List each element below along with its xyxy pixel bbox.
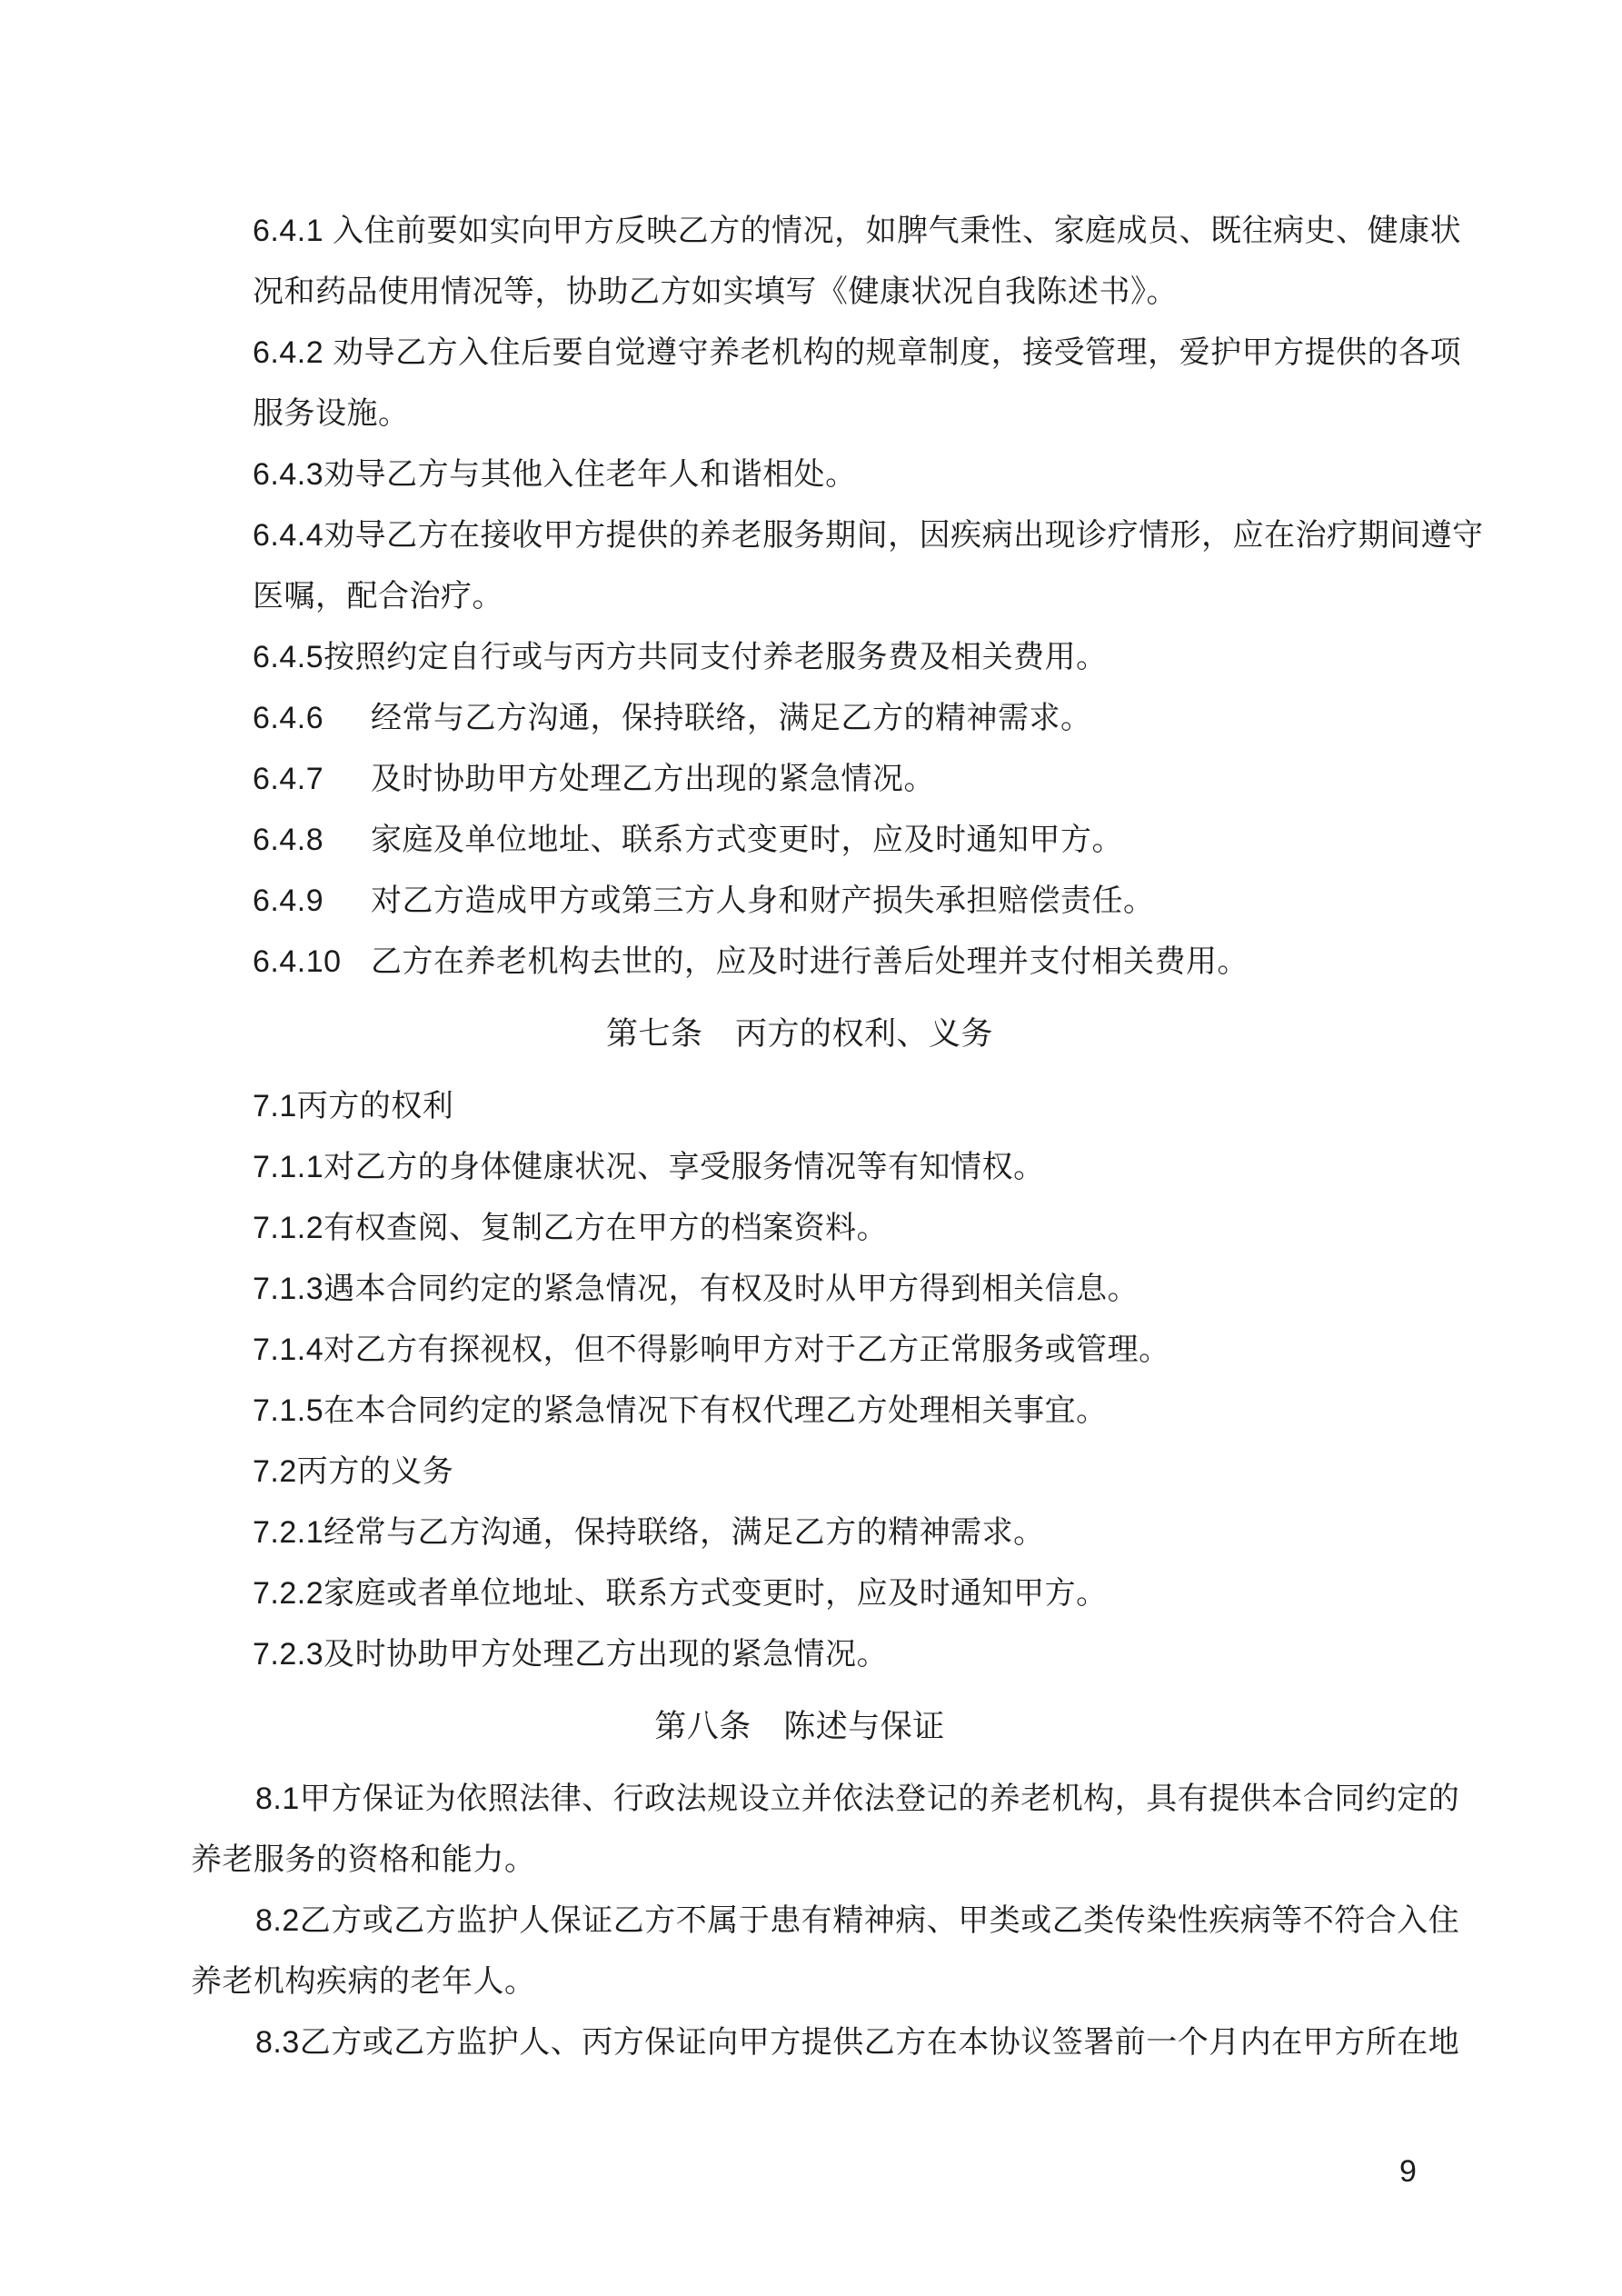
clause-6-4-10: 6.4.10乙方在养老机构去世的，应及时进行善后处理并支付相关费用。: [253, 932, 1408, 993]
section-8-representations: 8.1甲方保证为依照法律、行政法规设立并依法登记的养老机构，具有提供本合同约定的…: [191, 1769, 1408, 2073]
clause-6-4-2-line-1: 6.4.2 劝导乙方入住后要自觉遵守养老机构的规章制度，接受管理，爱护甲方提供的…: [253, 323, 1408, 384]
clause-6-4-1-line-2: 况和药品使用情况等，协助乙方如实填写《健康状况自我陈述书》。: [253, 262, 1408, 323]
clause-number: 6.4.7: [253, 749, 371, 810]
clause-6-4-3: 6.4.3劝导乙方与其他入住老年人和谐相处。: [253, 444, 1408, 505]
clause-number: 6.4.8: [253, 810, 371, 871]
clause-6-4-7: 6.4.7及时协助甲方处理乙方出现的紧急情况。: [253, 749, 1408, 810]
clause-text: 及时协助甲方处理乙方出现的紧急情况。: [371, 762, 935, 796]
contract-document-page: 6.4.1 入住前要如实向甲方反映乙方的情况，如脾气秉性、家庭成员、既往病史、健…: [0, 0, 1622, 2296]
clause-7-1-5: 7.1.5在本合同约定的紧急情况下有权代理乙方处理相关事宜。: [253, 1381, 1408, 1442]
clause-8-2-line-2: 养老机构疾病的老年人。: [191, 1952, 1408, 2012]
page-number: 9: [1399, 2153, 1417, 2190]
article-8-heading: 第八条 陈述与保证: [191, 1685, 1408, 1769]
clause-6-4-6: 6.4.6经常与乙方沟通，保持联络，满足乙方的精神需求。: [253, 688, 1408, 749]
article-7-heading: 第七条 丙方的权利、义务: [191, 993, 1408, 1076]
clause-8-1-line-2: 养老服务的资格和能力。: [191, 1830, 1408, 1891]
section-6-4-obligations: 6.4.1 入住前要如实向甲方反映乙方的情况，如脾气秉性、家庭成员、既往病史、健…: [253, 201, 1408, 993]
clause-7-1-4: 7.1.4对乙方有探视权，但不得影响甲方对于乙方正常服务或管理。: [253, 1320, 1408, 1381]
clause-6-4-2-line-2: 服务设施。: [253, 384, 1408, 444]
clause-7-1-3: 7.1.3遇本合同约定的紧急情况，有权及时从甲方得到相关信息。: [253, 1259, 1408, 1320]
clause-7-1-2: 7.1.2有权查阅、复制乙方在甲方的档案资料。: [253, 1198, 1408, 1259]
clause-7-1: 7.1丙方的权利: [253, 1076, 1408, 1137]
clause-6-4-4-line-2: 医嘱，配合治疗。: [253, 566, 1408, 627]
clause-text: 家庭及单位地址、联系方式变更时，应及时通知甲方。: [371, 823, 1123, 857]
clause-7-2-1: 7.2.1经常与乙方沟通，保持联络，满足乙方的精神需求。: [253, 1502, 1408, 1563]
clause-text: 乙方在养老机构去世的，应及时进行善后处理并支付相关费用。: [371, 944, 1249, 979]
clause-6-4-9: 6.4.9对乙方造成甲方或第三方人身和财产损失承担赔偿责任。: [253, 871, 1408, 932]
clause-7-1-1: 7.1.1对乙方的身体健康状况、享受服务情况等有知情权。: [253, 1137, 1408, 1198]
clause-8-3-line-1: 8.3乙方或乙方监护人、丙方保证向甲方提供乙方在本协议签署前一个月内在甲方所在地: [191, 2012, 1408, 2073]
clause-6-4-5: 6.4.5按照约定自行或与丙方共同支付养老服务费及相关费用。: [253, 627, 1408, 688]
clause-number: 6.4.6: [253, 688, 371, 749]
clause-text: 对乙方造成甲方或第三方人身和财产损失承担赔偿责任。: [371, 883, 1155, 918]
clause-number: 6.4.10: [253, 932, 371, 993]
section-7-rights-obligations: 7.1丙方的权利 7.1.1对乙方的身体健康状况、享受服务情况等有知情权。 7.…: [253, 1076, 1408, 1685]
clause-number: 6.4.9: [253, 871, 371, 932]
clause-6-4-8: 6.4.8家庭及单位地址、联系方式变更时，应及时通知甲方。: [253, 810, 1408, 871]
clause-6-4-1-line-1: 6.4.1 入住前要如实向甲方反映乙方的情况，如脾气秉性、家庭成员、既往病史、健…: [253, 201, 1408, 262]
clause-8-2-line-1: 8.2乙方或乙方监护人保证乙方不属于患有精神病、甲类或乙类传染性疾病等不符合入住: [191, 1891, 1408, 1952]
page-content: 6.4.1 入住前要如实向甲方反映乙方的情况，如脾气秉性、家庭成员、既往病史、健…: [191, 201, 1408, 2073]
clause-text: 经常与乙方沟通，保持联络，满足乙方的精神需求。: [371, 701, 1092, 735]
clause-7-2-3: 7.2.3及时协助甲方处理乙方出现的紧急情况。: [253, 1624, 1408, 1685]
clause-7-2: 7.2丙方的义务: [253, 1442, 1408, 1502]
clause-7-2-2: 7.2.2家庭或者单位地址、联系方式变更时，应及时通知甲方。: [253, 1563, 1408, 1624]
clause-8-1-line-1: 8.1甲方保证为依照法律、行政法规设立并依法登记的养老机构，具有提供本合同约定的: [191, 1769, 1408, 1830]
clause-6-4-4-line-1: 6.4.4劝导乙方在接收甲方提供的养老服务期间，因疾病出现诊疗情形，应在治疗期间…: [253, 505, 1408, 566]
